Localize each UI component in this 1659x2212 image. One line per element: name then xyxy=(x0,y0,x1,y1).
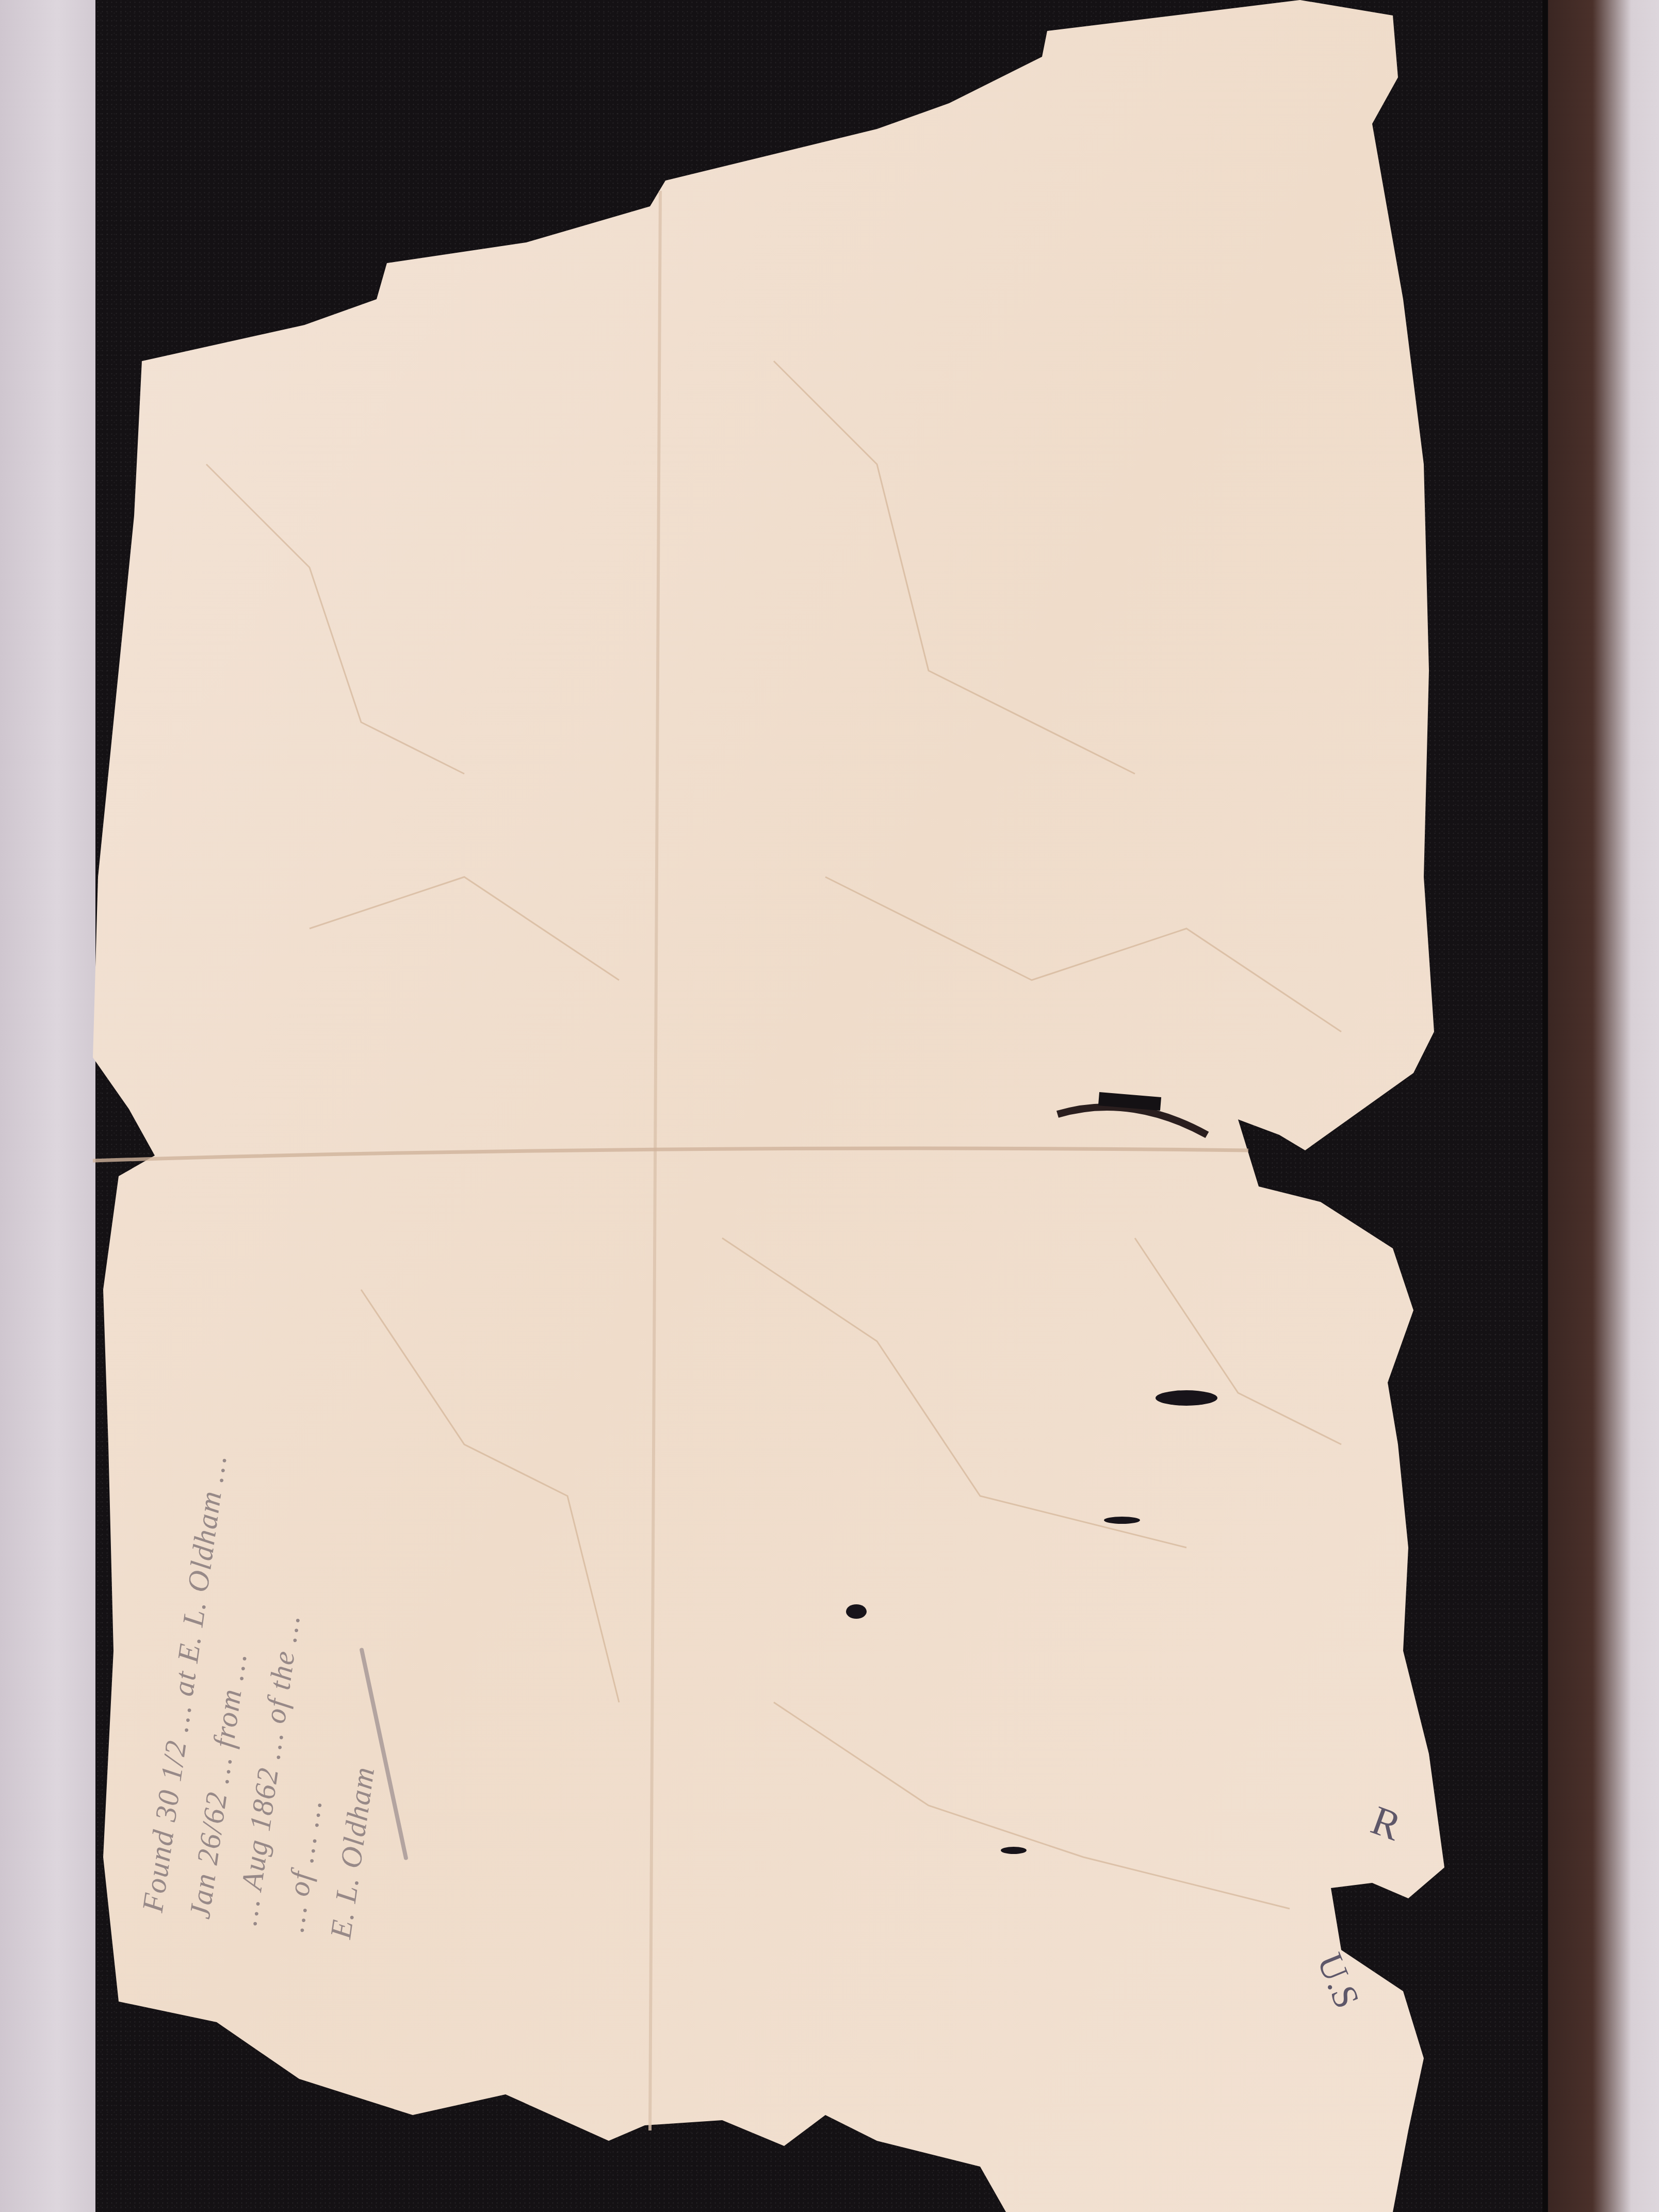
paper-hole xyxy=(1001,1847,1027,1854)
paper-hole xyxy=(1104,1517,1140,1524)
paper-hole xyxy=(1156,1390,1217,1406)
paper-hole xyxy=(846,1604,867,1619)
old-document: Found 30 1/2 … at E. L. Oldham … Jan 26/… xyxy=(0,0,1659,2212)
